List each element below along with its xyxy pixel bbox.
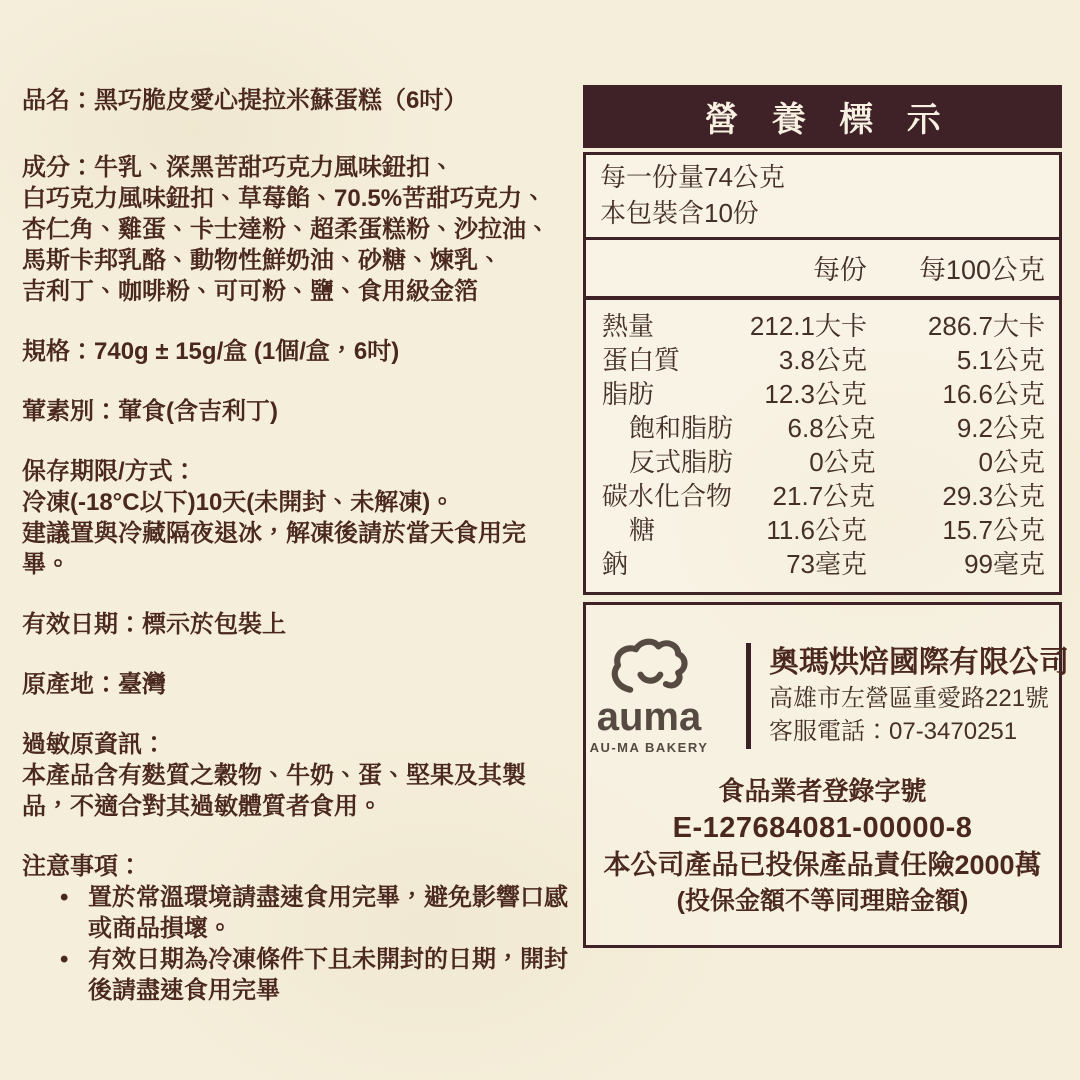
serving-size: 每一份量74公克: [600, 159, 1045, 195]
logo-wordmark: auma: [570, 697, 728, 737]
notes-block: 注意事項： 置於常溫環境請盡速食用完畢，避免影響口感 或商品損壞。 有效日期為冷…: [22, 851, 567, 1006]
product-label-page: 品名：黑巧脆皮愛心提拉米蘇蛋糕（6吋） 成分：牛乳、深黑苦甜巧克力風味鈕扣、 白…: [0, 0, 1080, 1080]
logo-divider: [746, 643, 751, 749]
company-phone: 客服電話：07-3470251: [769, 715, 1069, 748]
company-address: 高雄市左營區重愛路221號: [769, 682, 1069, 715]
origin-line: 原產地：臺灣: [22, 669, 567, 700]
note-line: 有效日期為冷凍條件下且未開封的日期，開封: [88, 944, 567, 975]
company-details: 奧瑪烘焙國際有限公司 高雄市左營區重愛路221號 客服電話：07-3470251: [769, 644, 1069, 748]
allergen-block: 過敏原資訊： 本產品含有麩質之穀物、牛奶、蛋、堅果及其製 品，不適合對其過敏體質…: [22, 729, 567, 822]
registration-label: 食品業者登錄字號: [594, 773, 1051, 809]
company-name: 奧瑪烘焙國際有限公司: [769, 644, 1069, 682]
ingredients-block: 成分：牛乳、深黑苦甜巧克力風味鈕扣、 白巧克力風味鈕扣、草莓餡、70.5%苦甜巧…: [22, 152, 567, 307]
nutrition-rows: 熱量 212.1大卡 286.7大卡 蛋白質 3.8公克 5.1公克 脂肪 12…: [586, 300, 1059, 592]
product-name-block: 品名：黑巧脆皮愛心提拉米蘇蛋糕（6吋）: [22, 85, 567, 116]
nutrition-row-trans-fat: 反式脂肪 0公克 0公克: [602, 445, 1045, 479]
diet-type-block: 葷素別：葷食(含吉利丁): [22, 396, 567, 427]
ingredients-line: 杏仁角、雞蛋、卡士達粉、超柔蛋糕粉、沙拉油、: [22, 214, 567, 245]
product-info-column: 品名：黑巧脆皮愛心提拉米蘇蛋糕（6吋） 成分：牛乳、深黑苦甜巧克力風味鈕扣、 白…: [22, 85, 567, 1080]
insurance-line: 本公司產品已投保產品責任險2000萬: [594, 847, 1051, 884]
nutrition-row-calories: 熱量 212.1大卡 286.7大卡: [602, 309, 1045, 343]
nutrition-facts-title: 營 養 標 示: [583, 85, 1062, 148]
ingredients-line: 成分：牛乳、深黑苦甜巧克力風味鈕扣、: [22, 152, 567, 183]
notes-title: 注意事項：: [22, 851, 567, 882]
col-header-per-100g: 每100公克: [867, 248, 1045, 287]
nutrition-row-protein: 蛋白質 3.8公克 5.1公克: [602, 343, 1045, 377]
expiry-block: 有效日期：標示於包裝上: [22, 609, 567, 640]
chef-hat-icon: [606, 637, 692, 701]
note-line: 置於常溫環境請盡速食用完畢，避免影響口感: [88, 882, 567, 913]
nutrition-column-headers: 每份 每100公克: [586, 240, 1059, 300]
spec-line: 規格：740g ± 15g/盒 (1個/盒，6吋): [22, 336, 567, 367]
storage-title: 保存期限/方式：: [22, 456, 567, 487]
servings-per-pack: 本包裝含10份: [600, 195, 1045, 231]
note-item: 有效日期為冷凍條件下且未開封的日期，開封 後請盡速食用完畢: [22, 944, 567, 1006]
ingredients-line: 白巧克力風味鈕扣、草莓餡、70.5%苦甜巧克力、: [22, 183, 567, 214]
company-info-box: auma AU-MA BAKERY 奧瑪烘焙國際有限公司 高雄市左營區重愛路22…: [583, 602, 1062, 948]
registration-number: E-127684081-00000-8: [594, 809, 1051, 847]
auma-logo: auma AU-MA BAKERY: [570, 637, 728, 755]
note-line: 後請盡速食用完畢: [88, 975, 567, 1006]
note-item: 置於常溫環境請盡速食用完畢，避免影響口感 或商品損壞。: [22, 882, 567, 944]
nutrition-column: 營 養 標 示 每一份量74公克 本包裝含10份 每份 每100公克 熱量 21…: [583, 85, 1062, 1080]
product-name-line: 品名：黑巧脆皮愛心提拉米蘇蛋糕（6吋）: [22, 85, 567, 116]
registration-block: 食品業者登錄字號 E-127684081-00000-8 本公司產品已投保產品責…: [586, 755, 1059, 945]
storage-block: 保存期限/方式： 冷凍(-18°C以下)10天(未開封、未解凍)。 建議置與冷藏…: [22, 456, 567, 580]
insurance-note: (投保金額不等同理賠金額): [594, 884, 1051, 919]
ingredients-line: 馬斯卡邦乳酪、動物性鮮奶油、砂糖、煉乳、: [22, 245, 567, 276]
ingredients-line: 吉利丁、咖啡粉、可可粉、鹽、食用級金箔: [22, 276, 567, 307]
logo-caption: AU-MA BAKERY: [570, 740, 728, 755]
nutrition-row-saturated-fat: 飽和脂肪 6.8公克 9.2公克: [602, 411, 1045, 445]
company-header: auma AU-MA BAKERY 奧瑪烘焙國際有限公司 高雄市左營區重愛路22…: [586, 605, 1059, 755]
expiry-line: 有效日期：標示於包裝上: [22, 609, 567, 640]
nutrition-row-carbohydrate: 碳水化合物 21.7公克 29.3公克: [602, 479, 1045, 513]
spec-block: 規格：740g ± 15g/盒 (1個/盒，6吋): [22, 336, 567, 367]
allergen-title: 過敏原資訊：: [22, 729, 567, 760]
note-line: 或商品損壞。: [88, 913, 567, 944]
allergen-line: 本產品含有麩質之穀物、牛奶、蛋、堅果及其製: [22, 760, 567, 791]
allergen-line: 品，不適合對其過敏體質者食用。: [22, 791, 567, 822]
nutrition-row-sodium: 鈉 73毫克 99毫克: [602, 547, 1045, 581]
diet-type-line: 葷素別：葷食(含吉利丁): [22, 396, 567, 427]
serving-info: 每一份量74公克 本包裝含10份: [586, 155, 1059, 240]
nutrition-row-sugar: 糖 11.6公克 15.7公克: [602, 513, 1045, 547]
storage-line: 建議置與冷藏隔夜退冰，解凍後請於當天食用完: [22, 518, 567, 549]
nutrition-facts-table: 每一份量74公克 本包裝含10份 每份 每100公克 熱量 212.1大卡 28…: [583, 152, 1062, 595]
col-header-per-serving: 每份: [717, 248, 867, 287]
nutrition-row-fat: 脂肪 12.3公克 16.6公克: [602, 377, 1045, 411]
notes-list: 置於常溫環境請盡速食用完畢，避免影響口感 或商品損壞。 有效日期為冷凍條件下且未…: [22, 882, 567, 1006]
storage-line: 畢。: [22, 549, 567, 580]
storage-line: 冷凍(-18°C以下)10天(未開封、未解凍)。: [22, 487, 567, 518]
origin-block: 原產地：臺灣: [22, 669, 567, 700]
